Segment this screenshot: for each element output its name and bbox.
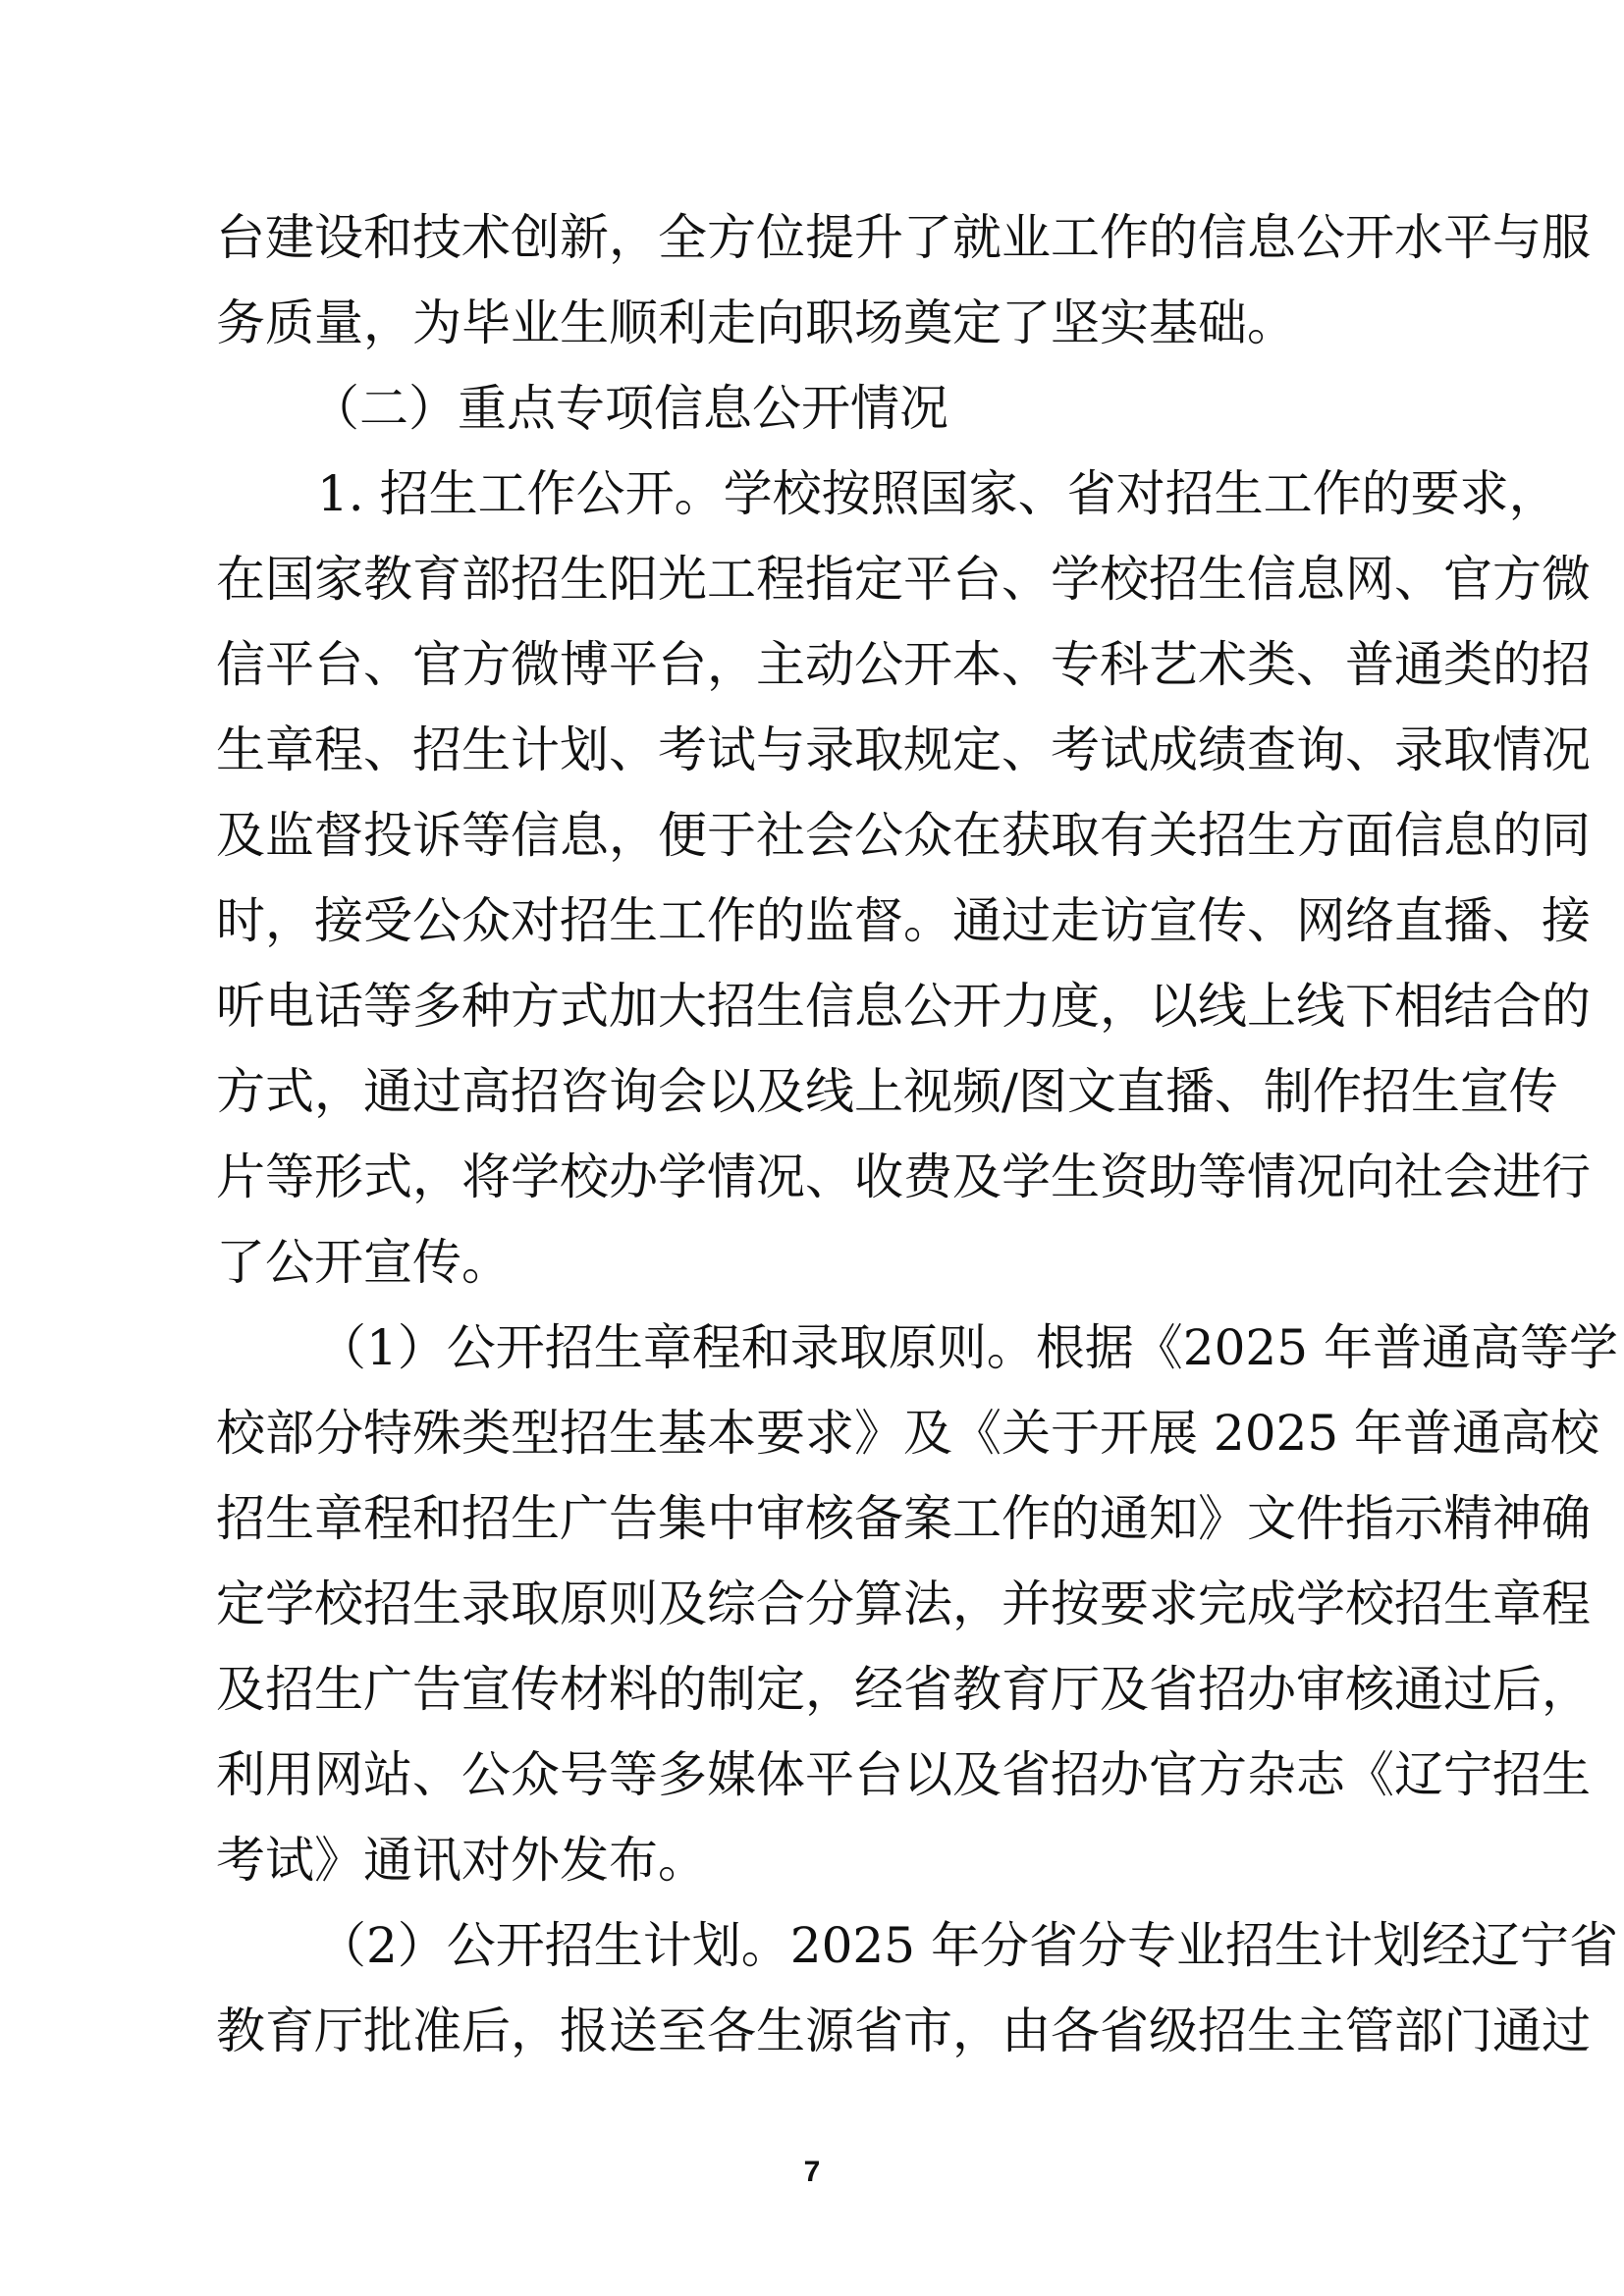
text-line: （2）公开招生计划。2025 年分省分专业招生计划经辽宁省 — [317, 1916, 1422, 1975]
text-line: 方式，通过高招咨询会以及线上视频/图文直播、制作招生宣传 — [216, 1062, 1422, 1121]
text-line: 信平台、官方微博平台，主动公开本、专科艺术类、普通类的招 — [216, 635, 1422, 694]
text-line: 考试》通讯对外发布。 — [216, 1831, 1422, 1890]
page-number: 7 — [0, 2156, 1624, 2189]
text-line: 务质量，为毕业生顺利走向职场奠定了坚实基础。 — [216, 294, 1422, 352]
text-line: 台建设和技术创新，全方位提升了就业工作的信息公开水平与服 — [216, 208, 1422, 267]
text-line: 听电话等多种方式加大招生信息公开力度，以线上线下相结合的 — [216, 977, 1422, 1036]
text-line: 时，接受公众对招生工作的监督。通过走访宣传、网络直播、接 — [216, 891, 1422, 950]
document-page: 台建设和技术创新，全方位提升了就业工作的信息公开水平与服 务质量，为毕业生顺利走… — [0, 0, 1624, 2296]
text-line: 利用网站、公众号等多媒体平台以及省招办官方杂志《辽宁招生 — [216, 1745, 1422, 1804]
text-line: （1）公开招生章程和录取原则。根据《2025 年普通高等学 — [317, 1318, 1422, 1377]
text-line: 生章程、招生计划、考试与录取规定、考试成绩查询、录取情况 — [216, 721, 1422, 779]
section-heading: （二）重点专项信息公开情况 — [310, 379, 1415, 438]
text-line: 在国家教育部招生阳光工程指定平台、学校招生信息网、官方微 — [216, 550, 1422, 609]
text-line: 及监督投诉等信息，便于社会公众在获取有关招生方面信息的同 — [216, 806, 1422, 865]
text-line: 招生章程和招生广告集中审核备案工作的通知》文件指示精神确 — [216, 1489, 1422, 1548]
text-line: 定学校招生录取原则及综合分算法，并按要求完成学校招生章程 — [216, 1575, 1422, 1633]
text-line: 了公开宣传。 — [216, 1233, 1422, 1292]
text-line: 片等形式，将学校办学情况、收费及学生资助等情况向社会进行 — [216, 1148, 1422, 1206]
text-line: 教育厅批准后，报送至各生源省市，由各省级招生主管部门通过 — [216, 2002, 1422, 2060]
text-line: 1. 招生工作公开。学校按照国家、省对招生工作的要求， — [317, 464, 1422, 523]
text-line: 校部分特殊类型招生基本要求》及《关于开展 2025 年普通高校 — [216, 1404, 1422, 1463]
text-line: 及招生广告宣传材料的制定，经省教育厅及省招办审核通过后， — [216, 1660, 1422, 1719]
